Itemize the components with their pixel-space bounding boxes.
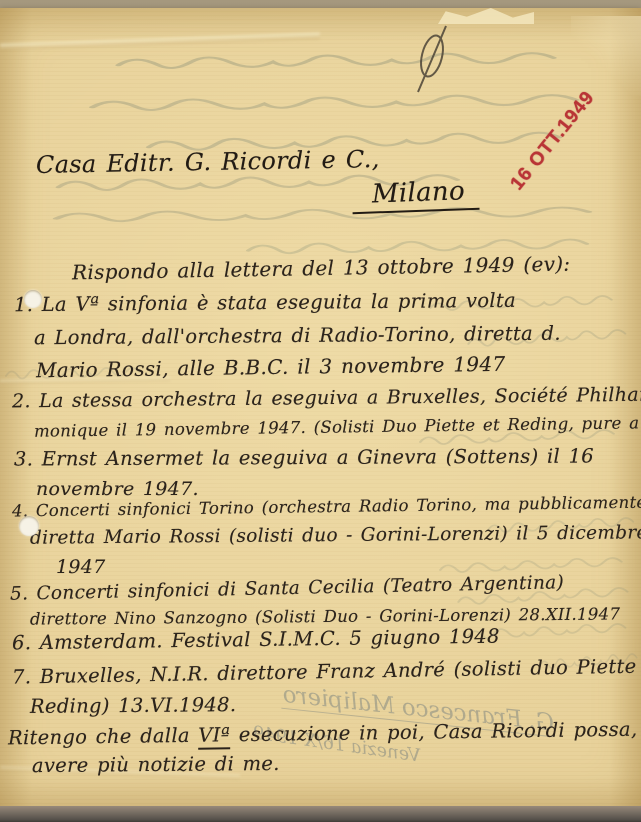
closing-numeral-underlined: VIª bbox=[198, 723, 230, 749]
punch-hole bbox=[19, 516, 39, 536]
letter-paper: G. Francesco Malipiero Venezia 16/X 1949… bbox=[0, 8, 641, 808]
pencil-mark-icon bbox=[405, 22, 465, 96]
letter-line: 1947 bbox=[56, 556, 106, 578]
letter-line: novembre 1947. bbox=[36, 478, 199, 500]
letter-line: Reding) 13.VI.1948. bbox=[30, 693, 237, 718]
scanner-background-strip bbox=[0, 806, 641, 822]
punch-hole bbox=[24, 290, 42, 308]
recipient-name: Casa Editr. G. Ricordi e C., bbox=[36, 145, 380, 179]
closing-prefix: Ritengo che dalla bbox=[8, 724, 199, 750]
recipient-city: Milano bbox=[351, 176, 479, 214]
letter-line: a Londra, dall'orchestra di Radio-Torino… bbox=[34, 322, 561, 350]
scanned-letter-page: { "page": { "kind": "scanned handwritten… bbox=[0, 0, 641, 822]
letter-line: 1. La Vª sinfonia è stata eseguita la pr… bbox=[14, 289, 516, 316]
letter-closing-last-line: avere più notizie di me. bbox=[32, 752, 280, 777]
letter-line: 3. Ernst Ansermet la eseguiva a Ginevra … bbox=[14, 444, 594, 470]
